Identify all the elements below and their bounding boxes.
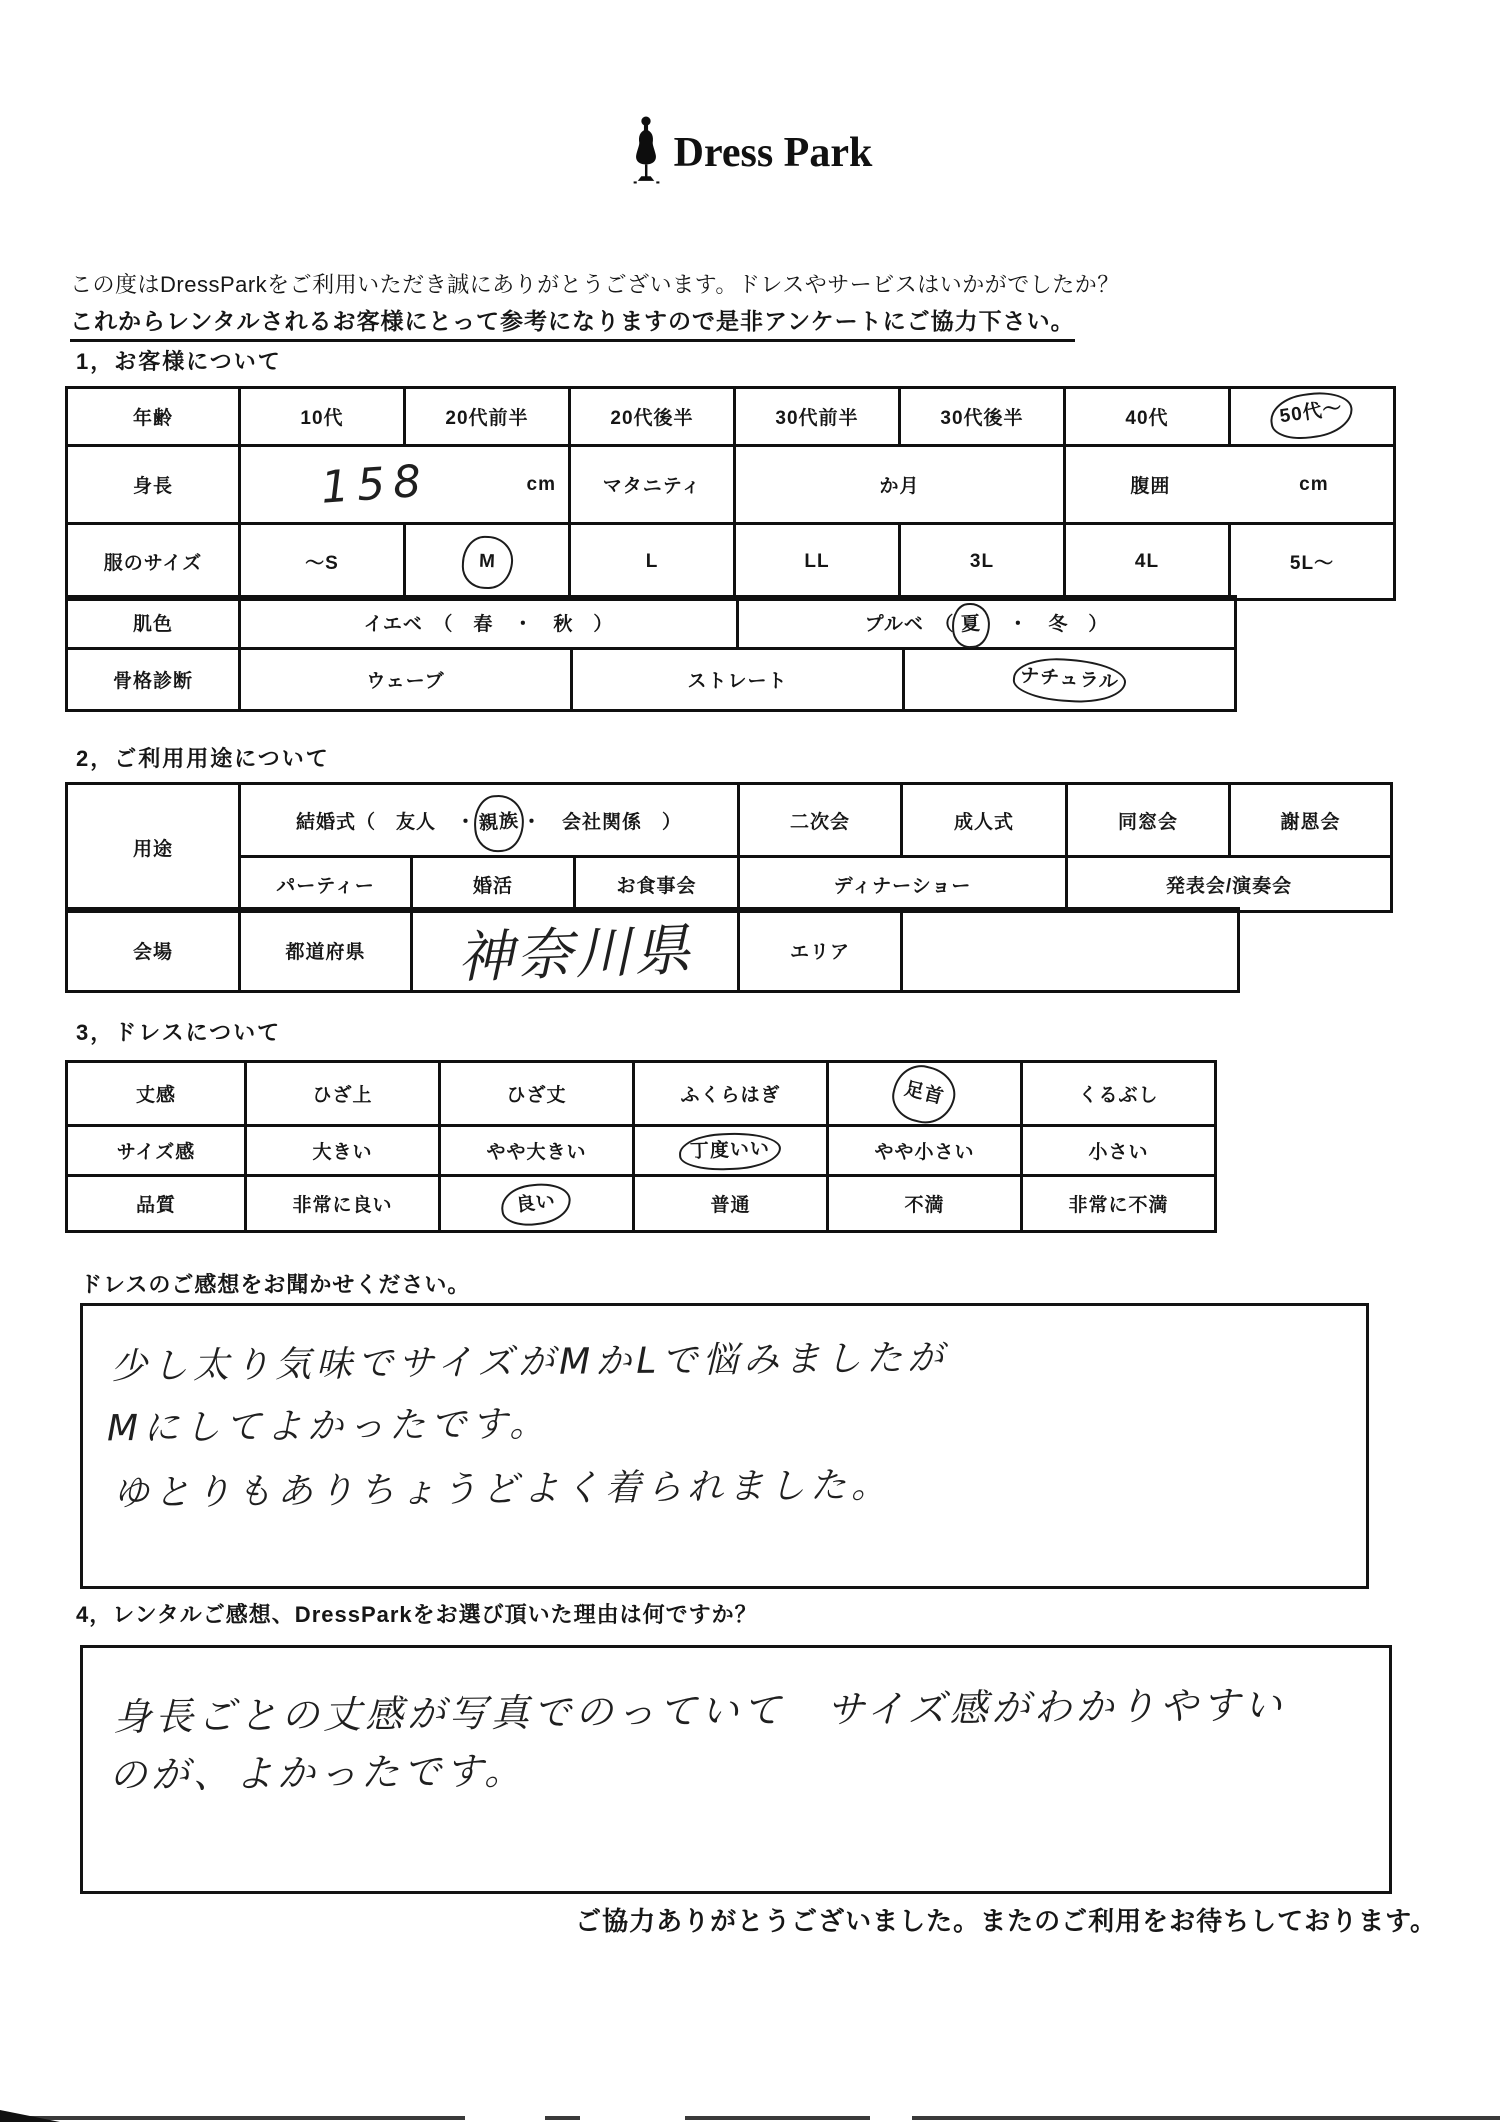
section2-heading: 2，ご利用用途について: [76, 742, 330, 773]
brand-name: Dress Park: [674, 129, 873, 177]
handwritten-height: 158: [319, 455, 430, 513]
quality-label: 品質: [67, 1176, 246, 1232]
scan-artifact: [685, 2116, 870, 2120]
usage-option: お食事会: [575, 857, 739, 912]
venue-row: 会場 都道府県 神奈川県 エリア: [67, 909, 1239, 992]
size-option: LL: [735, 524, 900, 600]
handwritten-feedback-line: Mにしてよかったです。: [107, 1396, 551, 1452]
age-option: 20代前半: [405, 388, 570, 446]
waist-cell: 腹囲 cm: [1065, 446, 1395, 524]
size-row: 服のサイズ ～S M L LL 3L 4L 5L～: [67, 524, 1395, 600]
wedding-post: ・ 会社関係 ）: [522, 812, 682, 833]
prefecture-label: 都道府県: [240, 909, 412, 992]
scan-artifact: [0, 2116, 465, 2120]
length-option-selected: 足首: [828, 1062, 1022, 1126]
usage-option: 成人式: [902, 784, 1067, 857]
dress-table: 丈感 ひざ上 ひざ丈 ふくらはぎ 足首 くるぶし サイズ感 大きい やや大きい …: [65, 1060, 1217, 1233]
handwritten-circle: 親族: [472, 793, 526, 853]
fit-label: サイズ感: [67, 1126, 246, 1176]
quality-option: 不満: [828, 1176, 1022, 1232]
intro-line-1: この度はDressParkをご利用いただき誠にありがとうございます。ドレスやサー…: [70, 268, 1120, 299]
months-label: か月: [735, 446, 1065, 524]
header-logo: Dress Park: [0, 116, 1500, 189]
waist-label: 腹囲: [1130, 471, 1170, 498]
section1-heading: 1，お客様について: [76, 345, 282, 376]
usage-option: 婚活: [412, 857, 575, 912]
fit-option: 大きい: [246, 1126, 440, 1176]
usage-row-2: パーティー 婚活 お食事会 ディナーショー 発表会/演奏会: [67, 857, 1392, 912]
length-option: ひざ上: [246, 1062, 440, 1126]
section4-heading: 4，レンタルご感想、DressParkをお選び頂いた理由は何ですか？: [76, 1598, 758, 1629]
skeleton-label: 骨格診断: [67, 649, 240, 711]
age-option: 10代: [240, 388, 405, 446]
handwritten-feedback-line: のが、よかったです。: [109, 1740, 527, 1799]
size-option-selected: M: [405, 524, 570, 600]
intro-line-2: これからレンタルされるお客様にとって参考になりますので是非アンケートにご協力下さ…: [70, 303, 1075, 342]
usage-option: 二次会: [739, 784, 902, 857]
usage-option: ディナーショー: [739, 857, 1067, 912]
age-option: 30代前半: [735, 388, 900, 446]
scanned-survey-sheet: Dress Park この度はDressParkをご利用いただき誠にありがとうご…: [0, 0, 1500, 2127]
usage-label: 用途: [67, 784, 240, 912]
usage-option-wedding: 結婚式（ 友人 ・親族・ 会社関係 ）: [240, 784, 739, 857]
fit-option: やや小さい: [828, 1126, 1022, 1176]
handwritten-feedback-line: 少し太り気味でサイズがMかLで悩みましたが: [111, 1330, 949, 1390]
size-option: 5L～: [1230, 524, 1395, 600]
height-row: 身長 158 cm マタニティ か月 腹囲 cm: [67, 446, 1395, 524]
handwritten-circle: 良い: [499, 1179, 573, 1228]
handwritten-circle: 夏: [951, 602, 991, 649]
age-label: 年齢: [67, 388, 240, 446]
length-option: ひざ丈: [440, 1062, 634, 1126]
quality-option: 非常に良い: [246, 1176, 440, 1232]
height-unit: cm: [527, 474, 556, 496]
skin-yellow-option: イエベ （ 春 ・ 秋 ）: [240, 597, 738, 649]
handwritten-circle: 50代～: [1268, 387, 1357, 443]
fit-option-selected: 丁度いい: [634, 1126, 828, 1176]
skin-blue-post: ・ 冬 ）: [988, 614, 1108, 635]
handwritten-circle: M: [461, 535, 514, 590]
skin-skeleton-table: 肌色 イエベ （ 春 ・ 秋 ） プルベ （夏 ・ 冬 ） 骨格診断 ウェーブ …: [65, 595, 1237, 712]
maternity-label: マタニティ: [570, 446, 735, 524]
fit-row: サイズ感 大きい やや大きい 丁度いい やや小さい 小さい: [67, 1126, 1216, 1176]
quality-option: 普通: [634, 1176, 828, 1232]
size-label: 服のサイズ: [67, 524, 240, 600]
skeleton-row: 骨格診断 ウェーブ ストレート ナチュラル: [67, 649, 1236, 711]
usage-row-1: 用途 結婚式（ 友人 ・親族・ 会社関係 ） 二次会 成人式 同窓会 謝恩会: [67, 784, 1392, 857]
customer-table: 年齢 10代 20代前半 20代後半 30代前半 30代後半 40代 50代～ …: [65, 386, 1396, 601]
age-option: 40代: [1065, 388, 1230, 446]
handwritten-feedback-line: 身長ごとの丈感が写真でのっていて サイズ感がわかりやすい: [113, 1674, 1286, 1741]
skin-blue-option: プルベ （夏 ・ 冬 ）: [738, 597, 1236, 649]
usage-option: 同窓会: [1067, 784, 1230, 857]
handwritten-circle: 丁度いい: [679, 1131, 782, 1171]
age-option: 30代後半: [900, 388, 1065, 446]
quality-option: 非常に不満: [1022, 1176, 1216, 1232]
fit-option: やや大きい: [440, 1126, 634, 1176]
area-label: エリア: [739, 909, 902, 992]
quality-row: 品質 非常に良い 良い 普通 不満 非常に不満: [67, 1176, 1216, 1232]
prefecture-value-cell: 神奈川県: [412, 909, 739, 992]
height-label: 身長: [67, 446, 240, 524]
handwritten-circle: ナチュラル: [1012, 655, 1128, 706]
quality-option-selected: 良い: [440, 1176, 634, 1232]
waist-unit: cm: [1299, 474, 1328, 496]
dress-form-icon: [628, 116, 664, 189]
area-value-cell: [902, 909, 1239, 992]
closing-message: ご協力ありがとうございました。またのご利用をお待ちしております。: [575, 1901, 1437, 1938]
length-row: 丈感 ひざ上 ひざ丈 ふくらはぎ 足首 くるぶし: [67, 1062, 1216, 1126]
size-option: 4L: [1065, 524, 1230, 600]
skin-row: 肌色 イエベ （ 春 ・ 秋 ） プルベ （夏 ・ 冬 ）: [67, 597, 1236, 649]
wedding-pre: 結婚式（ 友人 ・: [296, 812, 476, 833]
age-option-selected: 50代～: [1230, 388, 1395, 446]
size-option: L: [570, 524, 735, 600]
fit-option: 小さい: [1022, 1126, 1216, 1176]
handwritten-prefecture: 神奈川県: [456, 906, 695, 994]
usage-option: パーティー: [240, 857, 412, 912]
dress-feedback-heading: ドレスのご感想をお聞かせください。: [80, 1268, 470, 1299]
age-row: 年齢 10代 20代前半 20代後半 30代前半 30代後半 40代 50代～: [67, 388, 1395, 446]
size-option: ～S: [240, 524, 405, 600]
skin-blue-pre: プルベ （: [865, 614, 955, 635]
height-value-cell: 158 cm: [240, 446, 570, 524]
venue-table: 会場 都道府県 神奈川県 エリア: [65, 907, 1240, 993]
venue-label: 会場: [67, 909, 240, 992]
scan-artifact: [912, 2116, 1500, 2120]
size-option: 3L: [900, 524, 1065, 600]
usage-option: 発表会/演奏会: [1067, 857, 1392, 912]
dress-feedback-box: 少し太り気味でサイズがMかLで悩みましたが Mにしてよかったです。 ゆとりもあり…: [80, 1303, 1369, 1589]
usage-table: 用途 結婚式（ 友人 ・親族・ 会社関係 ） 二次会 成人式 同窓会 謝恩会 パ…: [65, 782, 1393, 913]
usage-option: 謝恩会: [1230, 784, 1392, 857]
skeleton-option: ストレート: [572, 649, 904, 711]
rental-feedback-box: 身長ごとの丈感が写真でのっていて サイズ感がわかりやすい のが、よかったです。: [80, 1645, 1392, 1894]
length-option: ふくらはぎ: [634, 1062, 828, 1126]
scan-artifact: [545, 2116, 580, 2120]
skin-label: 肌色: [67, 597, 240, 649]
section3-heading: 3，ドレスについて: [76, 1016, 281, 1047]
handwritten-circle: 足首: [888, 1059, 962, 1129]
length-option: くるぶし: [1022, 1062, 1216, 1126]
age-option: 20代後半: [570, 388, 735, 446]
skeleton-option: ウェーブ: [240, 649, 572, 711]
handwritten-feedback-line: ゆとりもありちょうどよく着られました。: [113, 1457, 893, 1516]
skeleton-option-selected: ナチュラル: [904, 649, 1236, 711]
length-label: 丈感: [67, 1062, 246, 1126]
